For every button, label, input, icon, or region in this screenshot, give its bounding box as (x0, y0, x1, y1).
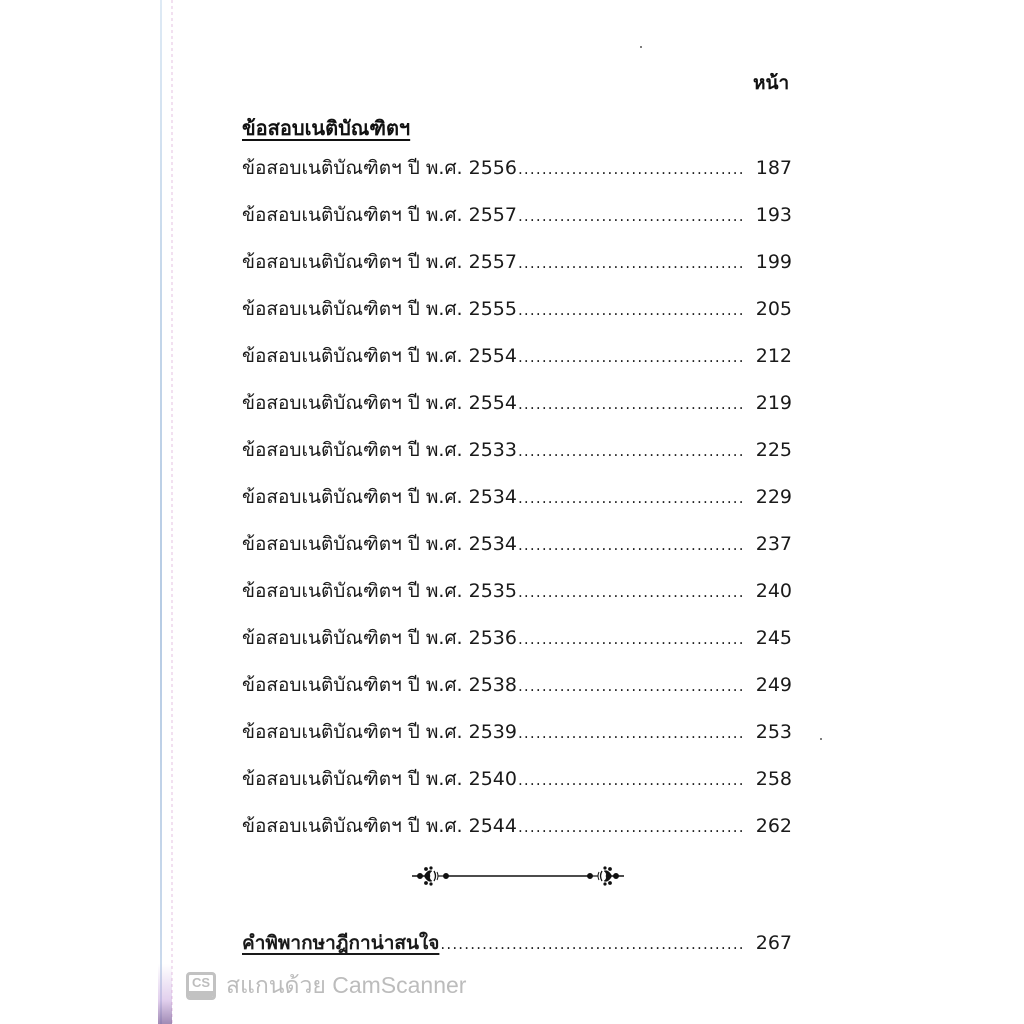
dot-leader (518, 348, 742, 366)
dot-leader (518, 536, 742, 554)
toc-entry-title: ข้อสอบเนติบัณฑิตฯ ปี พ.ศ. 2533 (242, 435, 517, 465)
toc-entry-page-number: 253 (748, 721, 792, 743)
dot-leader (518, 818, 742, 836)
toc-entry-featured[interactable]: คำพิพากษาฎีกาน่าสนใจ 267 (242, 928, 792, 958)
toc-entry[interactable]: ข้อสอบเนติบัณฑิตฯ ปี พ.ศ. 2557 193 (242, 200, 792, 247)
dot-leader (518, 677, 742, 695)
toc-entry-title: ข้อสอบเนติบัณฑิตฯ ปี พ.ศ. 2538 (242, 670, 517, 700)
page-edge-line (160, 0, 162, 1024)
toc-entry-title: ข้อสอบเนติบัณฑิตฯ ปี พ.ศ. 2544 (242, 811, 517, 841)
fleuron-divider-icon (410, 864, 626, 888)
scan-speck (640, 46, 642, 48)
toc-entry[interactable]: ข้อสอบเนติบัณฑิตฯ ปี พ.ศ. 2540 258 (242, 764, 792, 811)
toc-entry[interactable]: ข้อสอบเนติบัณฑิตฯ ปี พ.ศ. 2557 199 (242, 247, 792, 294)
toc-entry-title: ข้อสอบเนติบัณฑิตฯ ปี พ.ศ. 2535 (242, 576, 517, 606)
page-edge-shadow (158, 964, 172, 1024)
toc-entry-title: ข้อสอบเนติบัณฑิตฯ ปี พ.ศ. 2534 (242, 529, 517, 559)
toc-entry-page-number: 240 (748, 580, 792, 602)
watermark-text: สแกนด้วย CamScanner (226, 968, 466, 1004)
featured-entry-page-number: 267 (748, 932, 792, 954)
toc-entry[interactable]: ข้อสอบเนติบัณฑิตฯ ปี พ.ศ. 2533 225 (242, 435, 792, 482)
dot-leader (518, 207, 742, 225)
toc-entry[interactable]: ข้อสอบเนติบัณฑิตฯ ปี พ.ศ. 2534 237 (242, 529, 792, 576)
toc-entry-page-number: 229 (748, 486, 792, 508)
toc-entry-page-number: 199 (748, 251, 792, 273)
toc-entry-title: ข้อสอบเนติบัณฑิตฯ ปี พ.ศ. 2556 (242, 153, 517, 183)
toc-entry-page-number: 258 (748, 768, 792, 790)
toc-entry-title: ข้อสอบเนติบัณฑิตฯ ปี พ.ศ. 2554 (242, 341, 517, 371)
dot-leader (518, 301, 742, 319)
page-edge-dotted-line (171, 0, 173, 1024)
camscanner-watermark: CS สแกนด้วย CamScanner (186, 968, 466, 1004)
scan-speck (820, 738, 822, 740)
toc-entry-page-number: 245 (748, 627, 792, 649)
toc-entry-title: ข้อสอบเนติบัณฑิตฯ ปี พ.ศ. 2555 (242, 294, 517, 324)
toc-entry-page-number: 249 (748, 674, 792, 696)
toc-entry[interactable]: ข้อสอบเนติบัณฑิตฯ ปี พ.ศ. 2534 229 (242, 482, 792, 529)
dot-leader (518, 771, 742, 789)
toc-entry-title: ข้อสอบเนติบัณฑิตฯ ปี พ.ศ. 2557 (242, 200, 517, 230)
dot-leader (440, 935, 742, 953)
toc-entry-page-number: 205 (748, 298, 792, 320)
toc-entry-title: ข้อสอบเนติบัณฑิตฯ ปี พ.ศ. 2557 (242, 247, 517, 277)
dot-leader (518, 160, 742, 178)
toc-entry-page-number: 193 (748, 204, 792, 226)
toc-entry[interactable]: ข้อสอบเนติบัณฑิตฯ ปี พ.ศ. 2554 212 (242, 341, 792, 388)
dot-leader (518, 630, 742, 648)
toc-entry[interactable]: ข้อสอบเนติบัณฑิตฯ ปี พ.ศ. 2539 253 (242, 717, 792, 764)
toc-entry-page-number: 219 (748, 392, 792, 414)
dot-leader (518, 442, 742, 460)
toc-entry-title: ข้อสอบเนติบัณฑิตฯ ปี พ.ศ. 2554 (242, 388, 517, 418)
toc-entry-title: ข้อสอบเนติบัณฑิตฯ ปี พ.ศ. 2540 (242, 764, 517, 794)
toc-entry-page-number: 237 (748, 533, 792, 555)
featured-entry-title: คำพิพากษาฎีกาน่าสนใจ (242, 928, 439, 958)
toc-entry-title: ข้อสอบเนติบัณฑิตฯ ปี พ.ศ. 2536 (242, 623, 517, 653)
dot-leader (518, 254, 742, 272)
toc-entry[interactable]: ข้อสอบเนติบัณฑิตฯ ปี พ.ศ. 2535 240 (242, 576, 792, 623)
toc-entry-page-number: 262 (748, 815, 792, 837)
toc-entry-title: ข้อสอบเนติบัณฑิตฯ ปี พ.ศ. 2534 (242, 482, 517, 512)
camscanner-logo-icon: CS (186, 972, 216, 1000)
dot-leader (518, 724, 742, 742)
toc-entry-page-number: 225 (748, 439, 792, 461)
toc-entry-page-number: 212 (748, 345, 792, 367)
toc-entry[interactable]: ข้อสอบเนติบัณฑิตฯ ปี พ.ศ. 2554 219 (242, 388, 792, 435)
toc-entry-page-number: 187 (748, 157, 792, 179)
dot-leader (518, 489, 742, 507)
section-heading: ข้อสอบเนติบัณฑิตฯ (242, 112, 410, 144)
toc-entry[interactable]: ข้อสอบเนติบัณฑิตฯ ปี พ.ศ. 2538 249 (242, 670, 792, 717)
toc-entry[interactable]: ข้อสอบเนติบัณฑิตฯ ปี พ.ศ. 2556 187 (242, 153, 792, 200)
toc-entry[interactable]: ข้อสอบเนติบัณฑิตฯ ปี พ.ศ. 2555 205 (242, 294, 792, 341)
page-column-header: หน้า (753, 68, 789, 98)
toc-list: ข้อสอบเนติบัณฑิตฯ ปี พ.ศ. 2556 187 ข้อสอ… (242, 153, 792, 858)
toc-entry[interactable]: ข้อสอบเนติบัณฑิตฯ ปี พ.ศ. 2536 245 (242, 623, 792, 670)
toc-entry-title: ข้อสอบเนติบัณฑิตฯ ปี พ.ศ. 2539 (242, 717, 517, 747)
dot-leader (518, 395, 742, 413)
toc-entry[interactable]: ข้อสอบเนติบัณฑิตฯ ปี พ.ศ. 2544 262 (242, 811, 792, 858)
dot-leader (518, 583, 742, 601)
